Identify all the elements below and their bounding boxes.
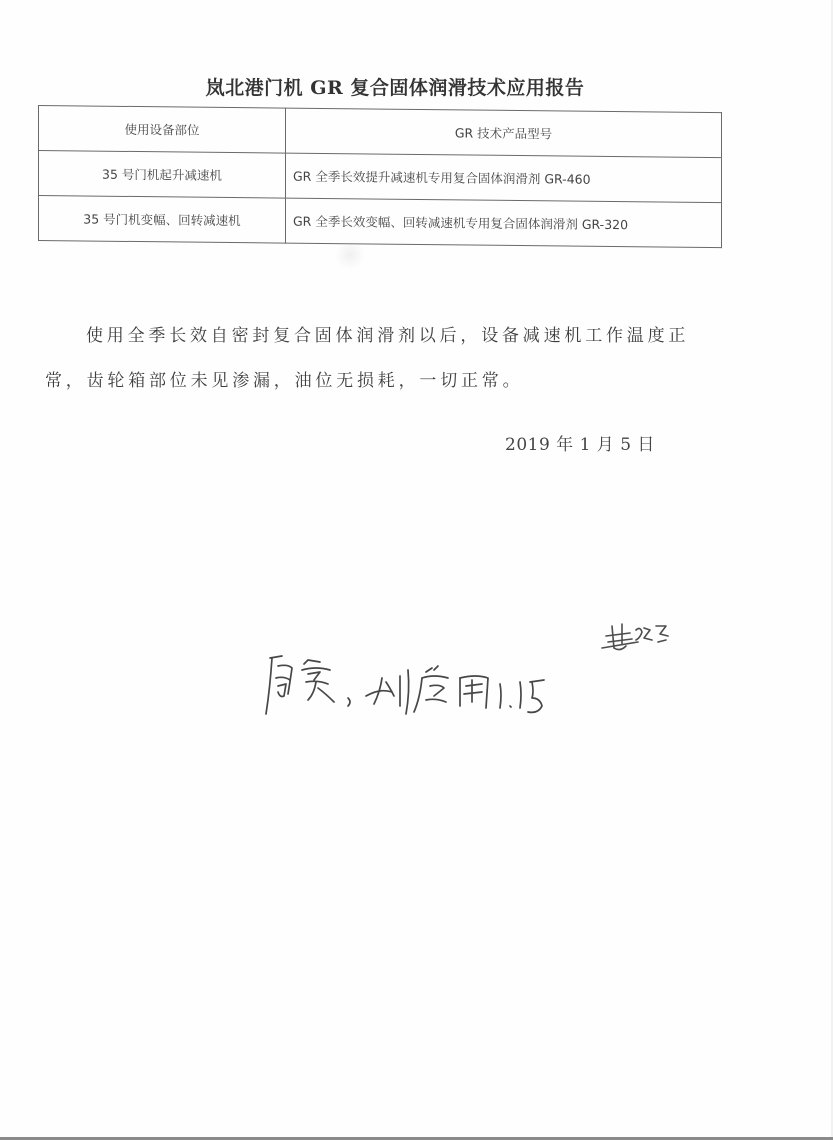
header-product-model: GR 技术产品型号 — [286, 108, 722, 158]
scan-smudge — [335, 240, 365, 270]
document-title: 岚北港门机 GR 复合固体润滑技术应用报告 — [0, 73, 790, 100]
header-equipment-location: 使用设备部位 — [39, 106, 286, 154]
signature-small — [600, 618, 672, 658]
spec-table: 使用设备部位 GR 技术产品型号 35 号门机起升减速机 GR 全季长效提升减速… — [38, 105, 722, 248]
table-header-row: 使用设备部位 GR 技术产品型号 — [39, 106, 722, 158]
document-date: 2019 年 1 月 5 日 — [505, 430, 655, 455]
signature-main — [262, 648, 562, 728]
table-row: 35 号门机起升减速机 GR 全季长效提升减速机专用复合固体润滑剂 GR-460 — [39, 151, 722, 203]
table-row: 35 号门机变幅、回转减速机 GR 全季长效变幅、回转减速机专用复合固体润滑剂 … — [39, 196, 722, 248]
cell-equipment-location: 35 号门机变幅、回转减速机 — [39, 196, 286, 244]
cell-product-model: GR 全季长效提升减速机专用复合固体润滑剂 GR-460 — [286, 153, 722, 203]
body-paragraph: 使用全季长效自密封复合固体润滑剂以后，设备减速机工作温度正常，齿轮箱部位未见渗漏… — [45, 314, 715, 404]
cell-equipment-location: 35 号门机起升减速机 — [39, 151, 286, 199]
spec-table-container: 使用设备部位 GR 技术产品型号 35 号门机起升减速机 GR 全季长效提升减速… — [38, 105, 722, 248]
document-page: 岚北港门机 GR 复合固体润滑技术应用报告 使用设备部位 GR 技术产品型号 3… — [0, 0, 833, 1140]
